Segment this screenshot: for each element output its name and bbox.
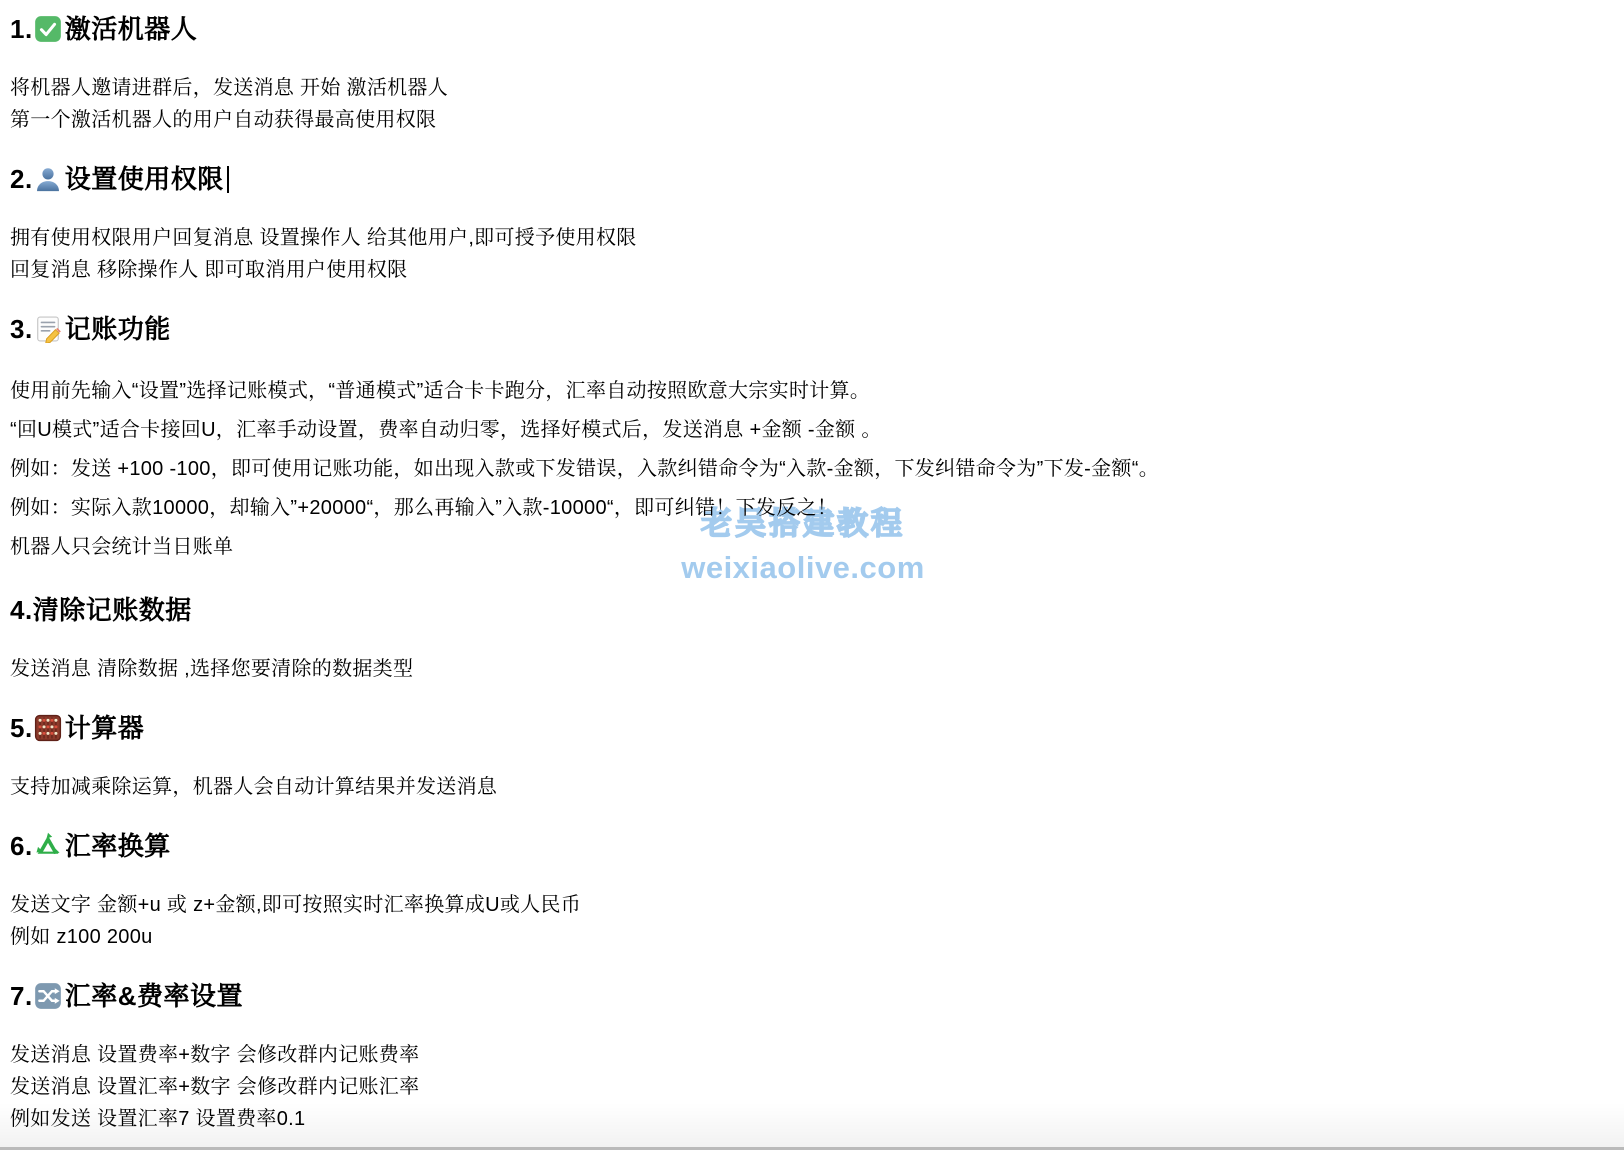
- section-1: 1.激活机器人将机器人邀请进群后，发送消息 开始 激活机器人第一个激活机器人的用…: [10, 14, 1600, 136]
- document-page: 1.激活机器人将机器人邀请进群后，发送消息 开始 激活机器人第一个激活机器人的用…: [0, 0, 1624, 1135]
- section-body: 拥有使用权限用户回复消息 设置操作人 给其他用户,即可授予使用权限回复消息 移除…: [10, 222, 1600, 286]
- section-heading: 3.记账功能: [10, 314, 1600, 344]
- section-heading: 1.激活机器人: [10, 14, 1600, 44]
- section-number: 5.: [10, 713, 33, 743]
- section-title: 计算器: [65, 713, 145, 743]
- section-heading: 2.设置使用权限: [10, 164, 1600, 194]
- abacus-icon: [34, 714, 62, 742]
- body-line: 机器人只会统计当日账单: [10, 528, 1600, 567]
- body-line: 发送文字 金额+u 或 z+金额,即可按照实时汇率换算成U或人民币: [10, 889, 1600, 921]
- section-heading: 7.汇率&费率设置: [10, 981, 1600, 1011]
- section-number: 6.: [10, 831, 33, 861]
- body-line: 使用前先输入“设置”选择记账模式，“普通模式”适合卡卡跑分，汇率自动按照欧意大宗…: [10, 372, 1600, 411]
- bust-in-silhouette-icon: [34, 165, 62, 193]
- check-mark-button-icon: [34, 15, 62, 43]
- section-heading: 6.汇率换算: [10, 831, 1600, 861]
- body-line: 例如发送 设置汇率7 设置费率0.1: [10, 1103, 1600, 1135]
- section-number: 3.: [10, 314, 33, 344]
- section-number: 4.: [10, 595, 33, 625]
- body-line: 例如 z100 200u: [10, 921, 1600, 953]
- section-title: 汇率换算: [65, 831, 171, 861]
- body-line: 第一个激活机器人的用户自动获得最高使用权限: [10, 104, 1600, 136]
- section-3: 3.记账功能使用前先输入“设置”选择记账模式，“普通模式”适合卡卡跑分，汇率自动…: [10, 314, 1600, 567]
- body-line: 回复消息 移除操作人 即可取消用户使用权限: [10, 254, 1600, 286]
- body-line: 拥有使用权限用户回复消息 设置操作人 给其他用户,即可授予使用权限: [10, 222, 1600, 254]
- memo-icon: [34, 315, 62, 343]
- bot-help-document: 1.激活机器人将机器人邀请进群后，发送消息 开始 激活机器人第一个激活机器人的用…: [0, 0, 1624, 1135]
- section-5: 5.计算器支持加减乘除运算，机器人会自动计算结果并发送消息: [10, 713, 1600, 803]
- section-body: 发送消息 设置费率+数字 会修改群内记账费率发送消息 设置汇率+数字 会修改群内…: [10, 1039, 1600, 1135]
- section-heading: 4.清除记账数据: [10, 595, 1600, 625]
- text-caret: [227, 166, 229, 193]
- section-title: 激活机器人: [65, 14, 198, 44]
- section-body: 发送文字 金额+u 或 z+金额,即可按照实时汇率换算成U或人民币例如 z100…: [10, 889, 1600, 953]
- body-line: 将机器人邀请进群后，发送消息 开始 激活机器人: [10, 72, 1600, 104]
- body-line: “回U模式”适合卡接回U，汇率手动设置，费率自动归零，选择好模式后，发送消息 +…: [10, 411, 1600, 450]
- section-title: 汇率&费率设置: [65, 981, 243, 1011]
- body-line: 发送消息 设置汇率+数字 会修改群内记账汇率: [10, 1071, 1600, 1103]
- section-title: 设置使用权限: [65, 164, 224, 194]
- section-7: 7.汇率&费率设置发送消息 设置费率+数字 会修改群内记账费率发送消息 设置汇率…: [10, 981, 1600, 1135]
- body-line: 例如：发送 +100 -100，即可使用记账功能，如出现入款或下发错误，入款纠错…: [10, 450, 1600, 489]
- section-number: 7.: [10, 981, 33, 1011]
- section-title: 清除记账数据: [33, 595, 192, 625]
- recycling-symbol-icon: [34, 832, 62, 860]
- body-line: 发送消息 清除数据 ,选择您要清除的数据类型: [10, 653, 1600, 685]
- section-number: 2.: [10, 164, 33, 194]
- section-body: 使用前先输入“设置”选择记账模式，“普通模式”适合卡卡跑分，汇率自动按照欧意大宗…: [10, 372, 1600, 567]
- body-line: 支持加减乘除运算，机器人会自动计算结果并发送消息: [10, 771, 1600, 803]
- section-body: 发送消息 清除数据 ,选择您要清除的数据类型: [10, 653, 1600, 685]
- body-line: 例如：实际入款10000，却输入”+20000“，那么再输入”入款-10000“…: [10, 489, 1600, 528]
- section-heading: 5.计算器: [10, 713, 1600, 743]
- section-4: 4.清除记账数据发送消息 清除数据 ,选择您要清除的数据类型: [10, 595, 1600, 685]
- section-2: 2.设置使用权限拥有使用权限用户回复消息 设置操作人 给其他用户,即可授予使用权…: [10, 164, 1600, 286]
- shuffle-icon: [34, 982, 62, 1010]
- section-6: 6.汇率换算发送文字 金额+u 或 z+金额,即可按照实时汇率换算成U或人民币例…: [10, 831, 1600, 953]
- section-title: 记账功能: [65, 314, 171, 344]
- section-body: 支持加减乘除运算，机器人会自动计算结果并发送消息: [10, 771, 1600, 803]
- section-number: 1.: [10, 14, 33, 44]
- section-body: 将机器人邀请进群后，发送消息 开始 激活机器人第一个激活机器人的用户自动获得最高…: [10, 72, 1600, 136]
- body-line: 发送消息 设置费率+数字 会修改群内记账费率: [10, 1039, 1600, 1071]
